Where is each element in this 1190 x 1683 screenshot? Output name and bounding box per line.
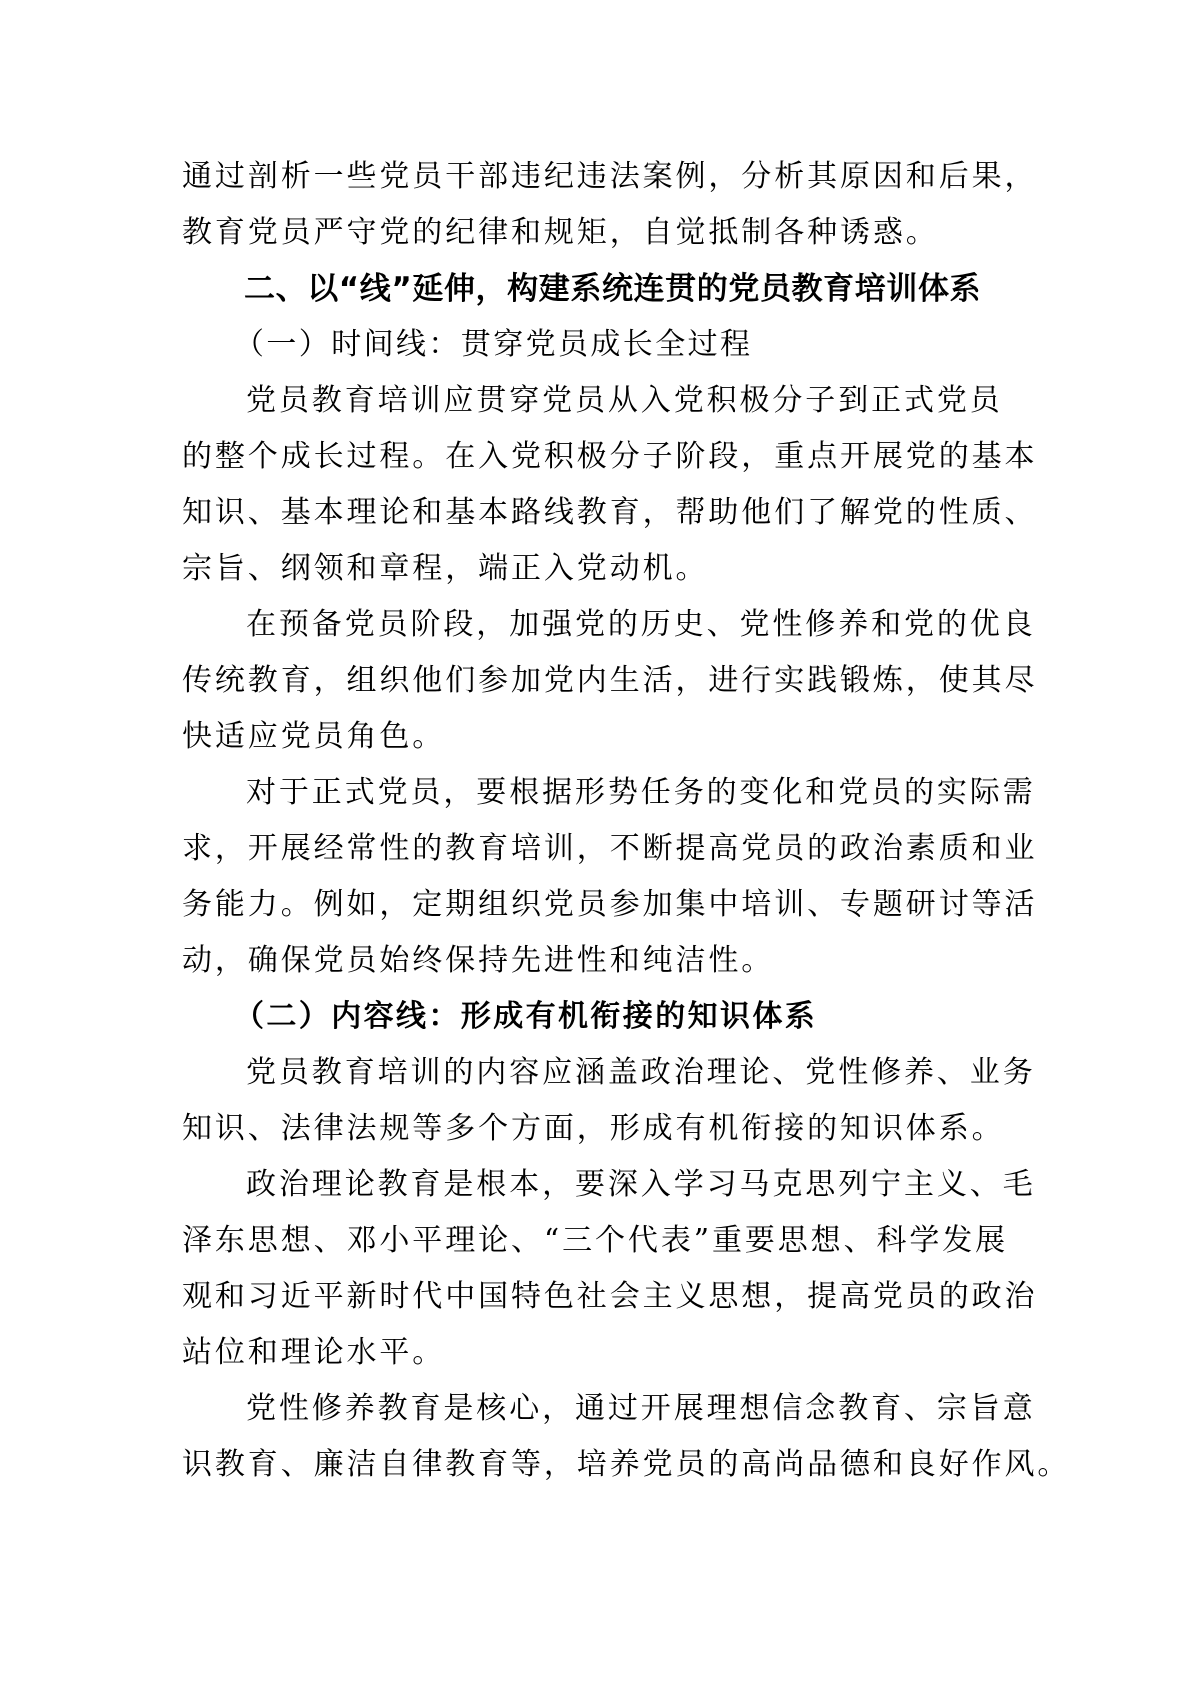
body-line: 快适应党员角色。 xyxy=(182,715,1010,771)
body-line: 传统教育，组织他们参加党内生活，进行实践锻炼，使其尽 xyxy=(182,659,1010,715)
paragraph-first-line: 对于正式党员，要根据形势任务的变化和党员的实际需 xyxy=(182,771,1010,827)
paragraph-first-line: 党性修养教育是核心，通过开展理想信念教育、宗旨意 xyxy=(182,1387,1010,1443)
body-line: 宗旨、纲领和章程，端正入党动机。 xyxy=(182,547,1010,603)
subsection-heading: （二）内容线：形成有机衔接的知识体系 xyxy=(182,995,1010,1051)
body-line: 求，开展经常性的教育培训，不断提高党员的政治素质和业 xyxy=(182,827,1010,883)
body-line: 站位和理论水平。 xyxy=(182,1331,1010,1387)
paragraph-first-line: 党员教育培训应贯穿党员从入党积极分子到正式党员 xyxy=(182,379,1010,435)
document-page: 通过剖析一些党员干部违纪违法案例，分析其原因和后果， 教育党员严守党的纪律和规矩… xyxy=(182,155,1010,1499)
body-line: 务能力。例如，定期组织党员参加集中培训、专题研讨等活 xyxy=(182,883,1010,939)
section-heading: 二、以“线”延伸，构建系统连贯的党员教育培训体系 xyxy=(182,267,1010,323)
body-line: 观和习近平新时代中国特色社会主义思想，提高党员的政治 xyxy=(182,1275,1010,1331)
subsection-heading: （一）时间线：贯穿党员成长全过程 xyxy=(182,323,1010,379)
body-line: 识教育、廉洁自律教育等，培养党员的高尚品德和良好作风。 xyxy=(182,1443,1010,1499)
body-line: 的整个成长过程。在入党积极分子阶段，重点开展党的基本 xyxy=(182,435,1010,491)
paragraph-first-line: 党员教育培训的内容应涵盖政治理论、党性修养、业务 xyxy=(182,1051,1010,1107)
body-line: 知识、基本理论和基本路线教育，帮助他们了解党的性质、 xyxy=(182,491,1010,547)
body-line: 动，确保党员始终保持先进性和纯洁性。 xyxy=(182,939,1010,995)
paragraph-first-line: 在预备党员阶段，加强党的历史、党性修养和党的优良 xyxy=(182,603,1010,659)
paragraph-first-line: 政治理论教育是根本，要深入学习马克思列宁主义、毛 xyxy=(182,1163,1010,1219)
body-line: 知识、法律法规等多个方面，形成有机衔接的知识体系。 xyxy=(182,1107,1010,1163)
body-line: 教育党员严守党的纪律和规矩，自觉抵制各种诱惑。 xyxy=(182,211,1010,267)
body-line: 通过剖析一些党员干部违纪违法案例，分析其原因和后果， xyxy=(182,155,1010,211)
body-line: 泽东思想、邓小平理论、“三个代表”重要思想、科学发展 xyxy=(182,1219,1010,1275)
